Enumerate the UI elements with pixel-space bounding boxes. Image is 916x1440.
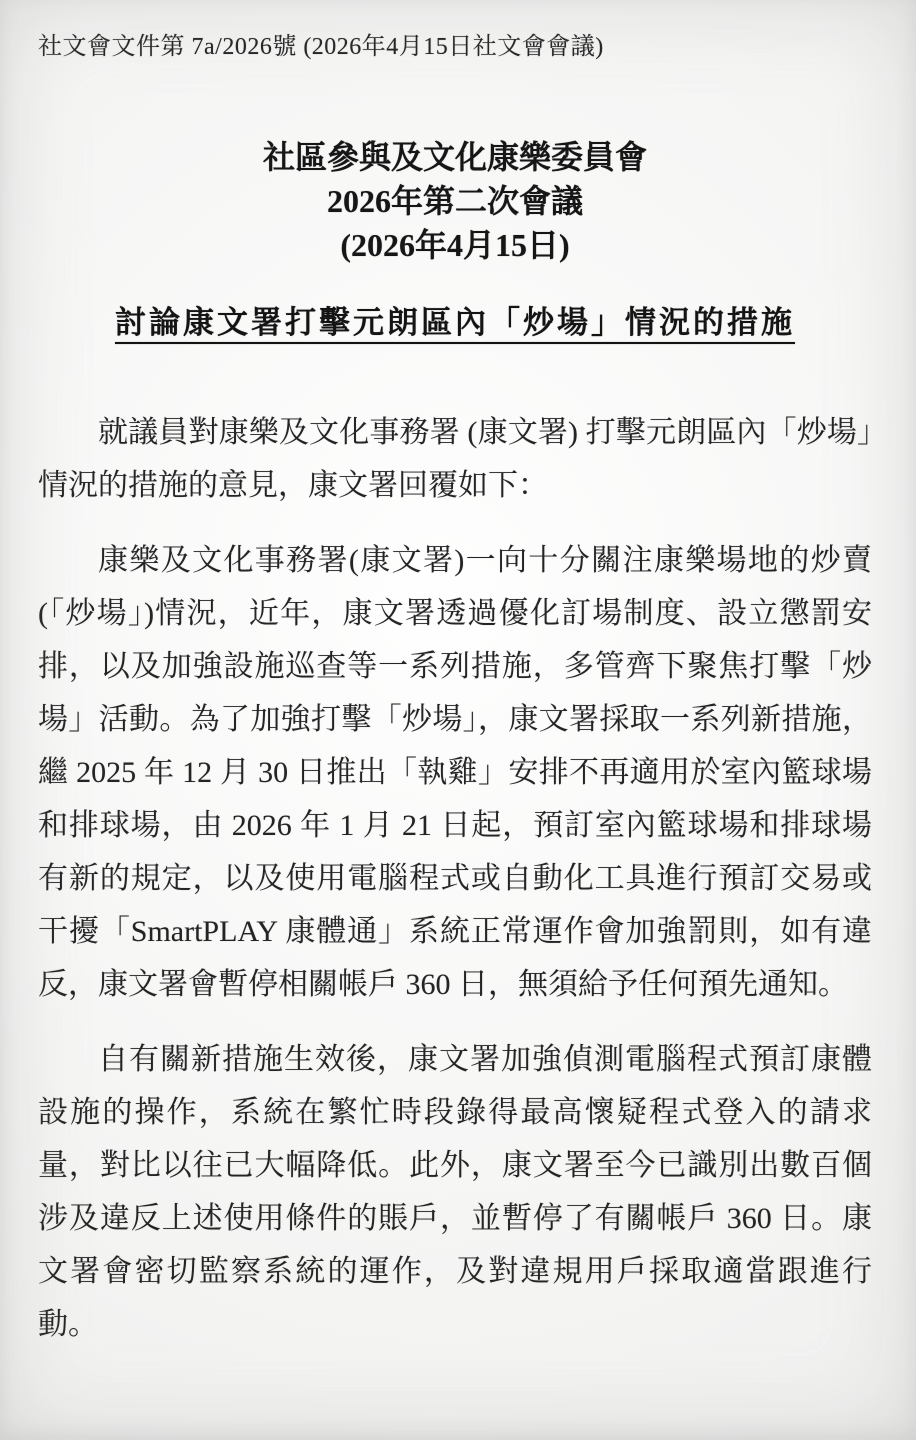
meeting-session: 2026年第二次會議 xyxy=(38,179,872,223)
paragraph-intro: 就議員對康樂及文化事務署 (康文署) 打擊元朗區內「炒場」情況的措施的意見，康文… xyxy=(38,406,872,512)
committee-title-block: 社區參與及文化康樂委員會 2026年第二次會議 (2026年4月15日) xyxy=(38,135,872,267)
document-page: 社文會文件第 7a/2026號 (2026年4月15日社文會會議) 社區參與及文… xyxy=(0,0,916,1440)
paragraph-results: 自有關新措施生效後，康文署加強偵測電腦程式預訂康體設施的操作，系統在繁忙時段錄得… xyxy=(38,1033,872,1351)
meeting-date: (2026年4月15日) xyxy=(38,223,872,267)
document-body: 就議員對康樂及文化事務署 (康文署) 打擊元朗區內「炒場」情況的措施的意見，康文… xyxy=(38,406,872,1351)
document-reference: 社文會文件第 7a/2026號 (2026年4月15日社文會會議) xyxy=(38,26,872,61)
paragraph-measures: 康樂及文化事務署(康文署)一向十分關注康樂場地的炒賣(「炒場」)情況，近年，康文… xyxy=(38,534,872,1011)
committee-name: 社區參與及文化康樂委員會 xyxy=(38,135,872,179)
agenda-item-heading: 討論康文署打擊元朗區內「炒場」情況的措施 xyxy=(38,297,872,342)
